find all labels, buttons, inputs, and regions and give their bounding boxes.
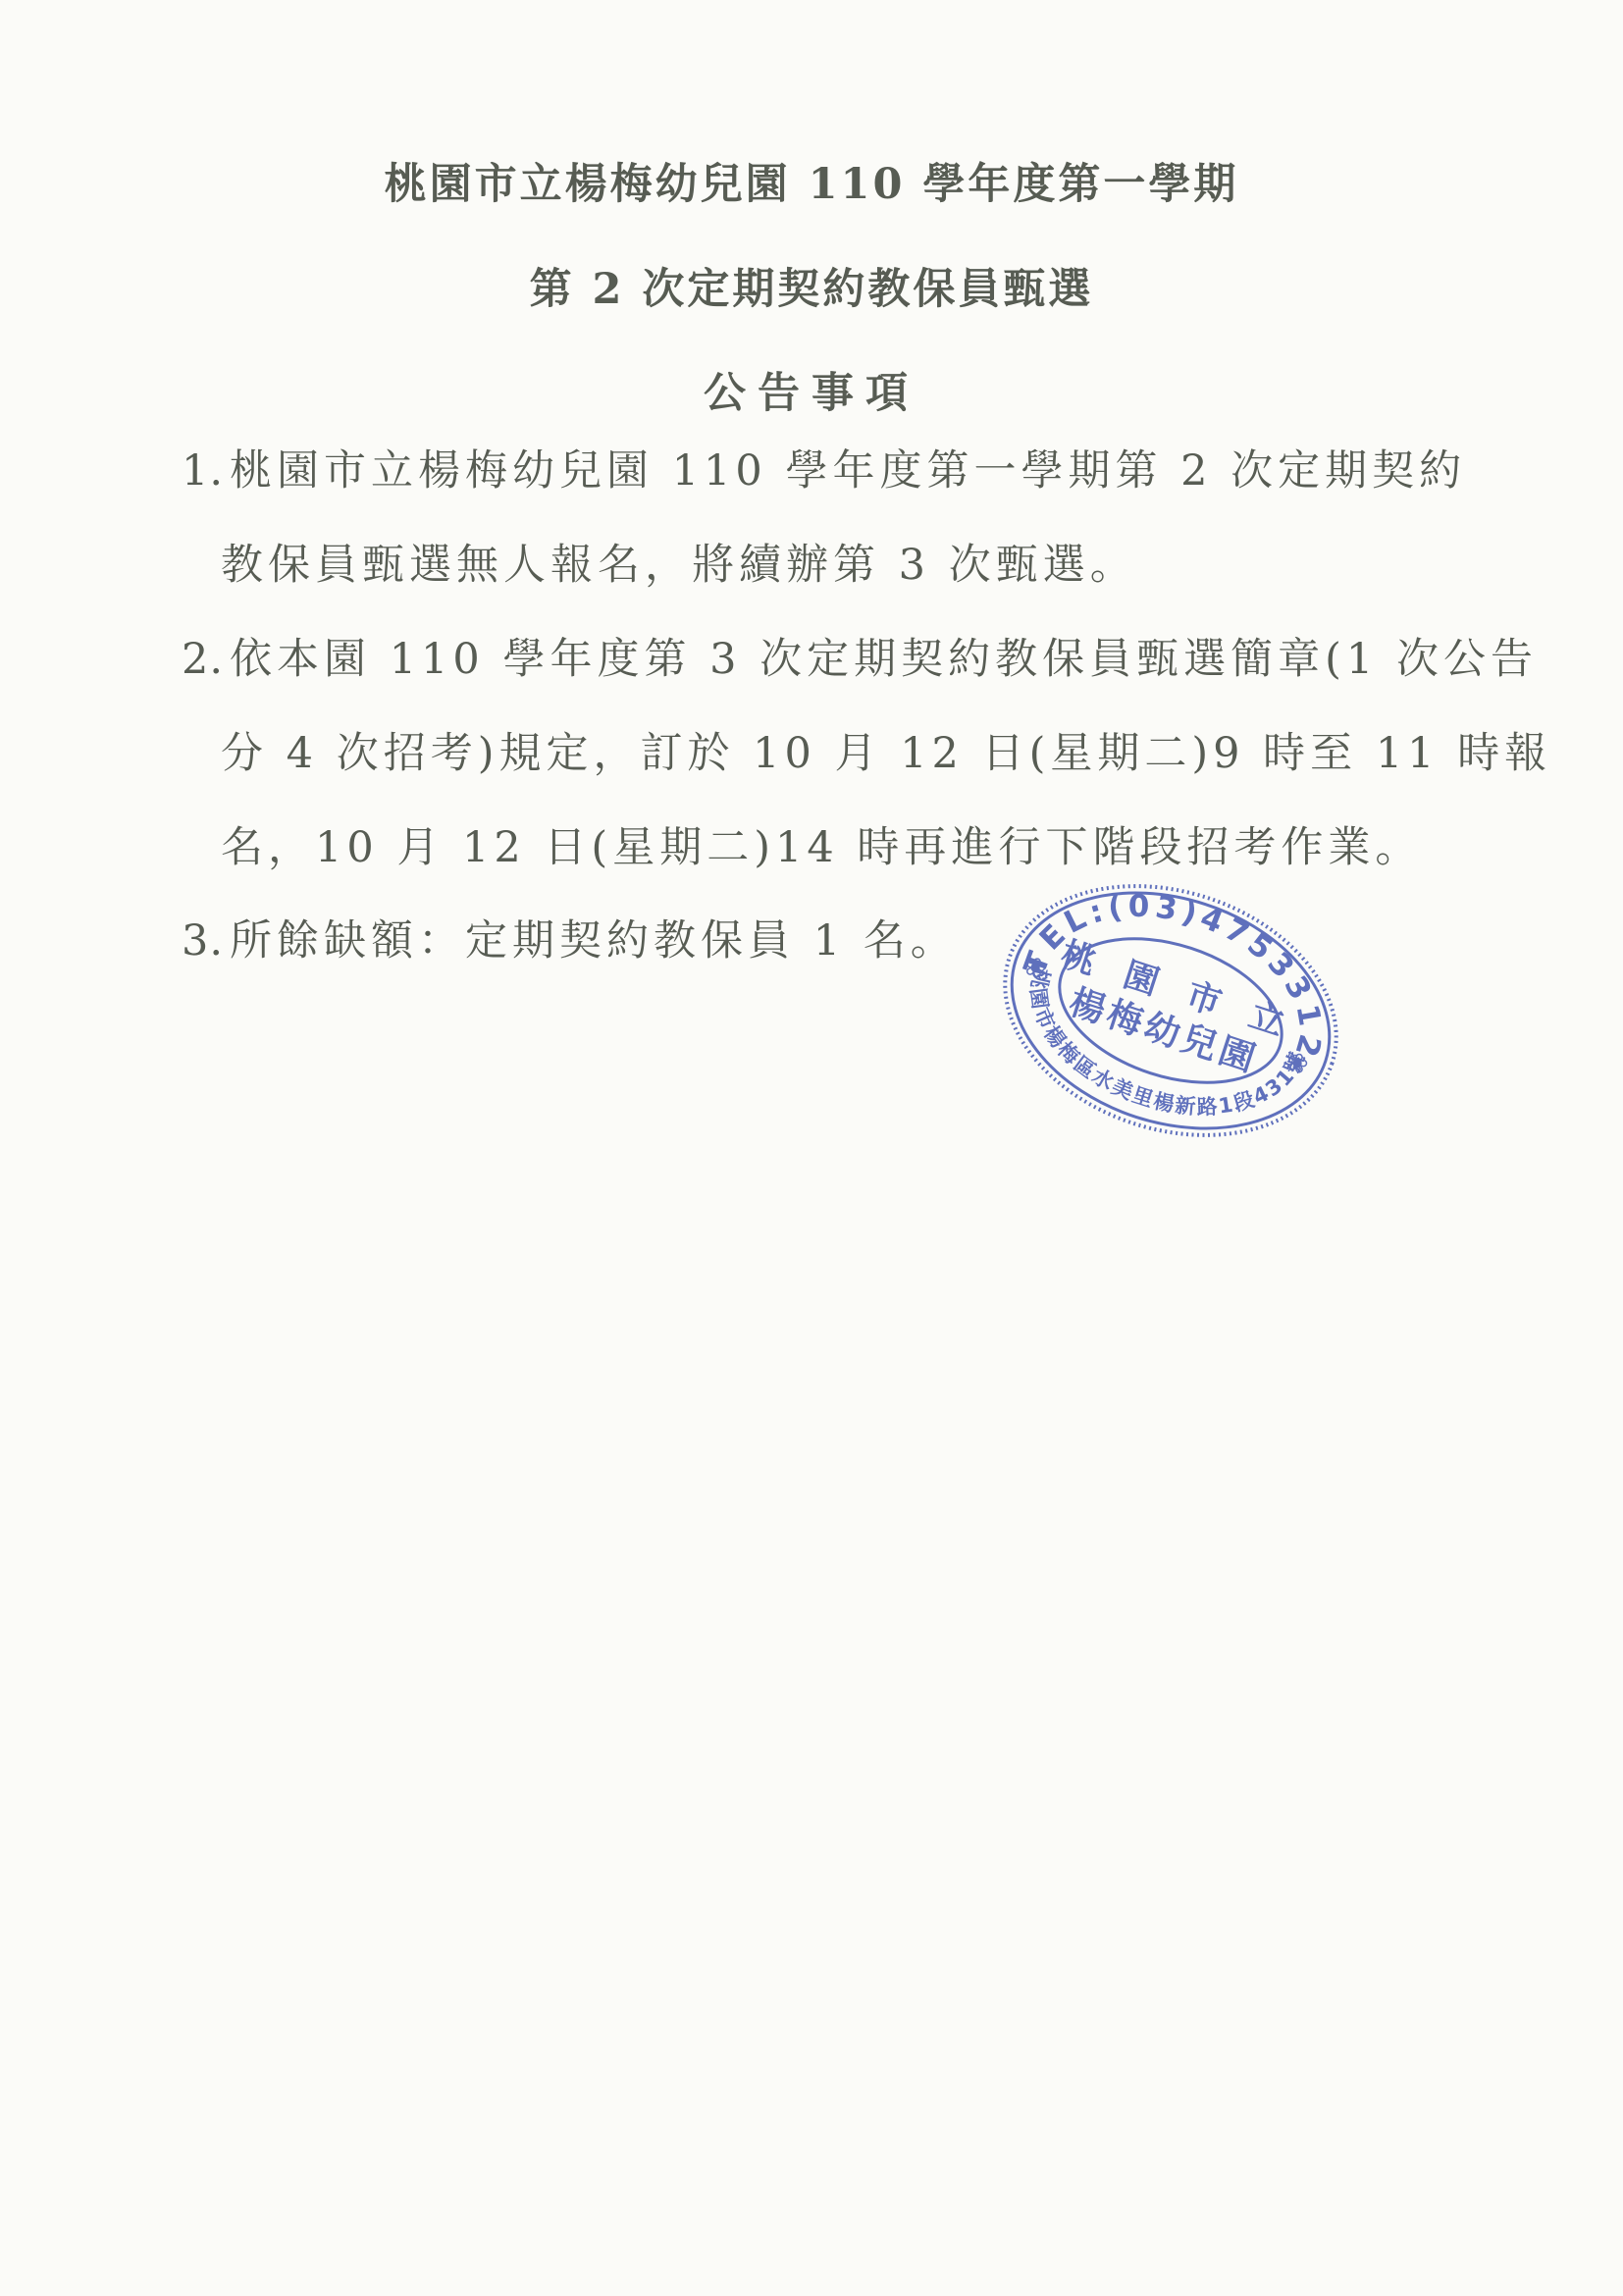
scanned-announcement-page: 桃園市立楊梅幼兒園 110 學年度第一學期 第 2 次定期契約教保員甄選 公告事… [0,0,1623,2296]
announcement-item-2-line-2: 分 4 次招考)規定，訂於 10 月 12 日(星期二)9 時至 11 時報 [221,728,1551,779]
item-2-text-line-1: 依本園 110 學年度第 3 次定期契約教保員甄選簡章(1 次公告 [230,635,1538,684]
document-title-line-1: 桃園市立楊梅幼兒園 110 學年度第一學期 [0,159,1623,210]
item-3-number: 3. [182,916,230,965]
announcement-item-3-line-1: 3.所餘缺額：定期契約教保員 1 名。 [182,915,958,966]
item-2-number: 2. [182,635,230,684]
official-stamp: TEL:(03)4753312 桃園市楊梅區水美里楊新路1段431號 桃 園 市… [984,863,1357,1158]
item-1-number: 1. [182,446,230,496]
announcement-item-1-line-1: 1.桃園市立楊梅幼兒園 110 學年度第一學期第 2 次定期契約 [182,445,1466,496]
document-section-heading: 公告事項 [0,368,1623,419]
item-1-text-line-1: 桃園市立楊梅幼兒園 110 學年度第一學期第 2 次定期契約 [230,446,1466,496]
announcement-item-1-line-2: 教保員甄選無人報名，將續辦第 3 次甄選。 [221,540,1137,591]
document-title-line-2: 第 2 次定期契約教保員甄選 [0,264,1623,315]
item-3-text-line-1: 所餘缺額：定期契約教保員 1 名。 [230,916,958,965]
announcement-item-2-line-1: 2.依本園 110 學年度第 3 次定期契約教保員甄選簡章(1 次公告 [182,634,1538,685]
